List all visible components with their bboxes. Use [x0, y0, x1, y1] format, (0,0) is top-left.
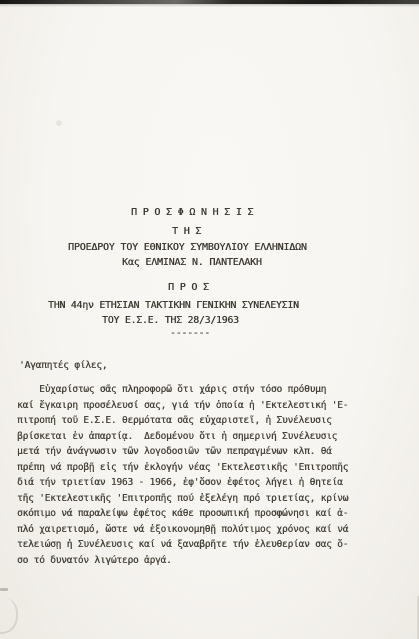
heading-pros: Π Ρ Ο Σ — [168, 282, 209, 293]
letter-body: Εὐχαρίστως σᾶς πληροφορῶ ὅτι χάρις στήν … — [17, 382, 348, 568]
heading-title: Π Ρ Ο Σ Φ Ω Ν Η Σ Ι Σ — [131, 207, 253, 218]
scanned-letter-page: Π Ρ Ο Σ Φ Ω Ν Η Σ Ι Σ Τ Η Σ ΠΡΟΕΔΡΟΥ ΤΟΥ… — [0, 0, 419, 639]
heading-author-name: Κας ΕΛΜΙΝΑΣ Ν. ΠΑΝΤΕΛΑΚΗ — [122, 257, 262, 268]
heading-org-date-line: ΤΟΥ Ε.Σ.Ε. ΤΗΣ 28/3/1963 — [102, 315, 239, 326]
heading-of-the: Τ Η Σ — [172, 226, 201, 237]
paper-smudge — [56, 120, 62, 126]
heading-author-role: ΠΡΟΕΔΡΟΥ ΤΟΥ ΕΘΝΙΚΟΥ ΣΥΜΒΟΥΛΙΟΥ ΕΛΛΗΝΙΔΩ… — [68, 242, 307, 253]
salutation: 'Αγαπητές φίλες, — [19, 358, 107, 374]
heading-assembly-line: ΤΗΝ 44ην ΕΤΗΣΙΑΝ ΤΑΚΤΙΚΗΝ ΓΕΝΙΚΗΝ ΣΥΝΕΛΕ… — [48, 300, 299, 311]
left-edge-mark — [0, 588, 8, 591]
scan-top-edge-shadow — [0, 4, 419, 7]
heading-divider: ------- — [170, 328, 210, 339]
page-curl-mark — [0, 598, 18, 634]
